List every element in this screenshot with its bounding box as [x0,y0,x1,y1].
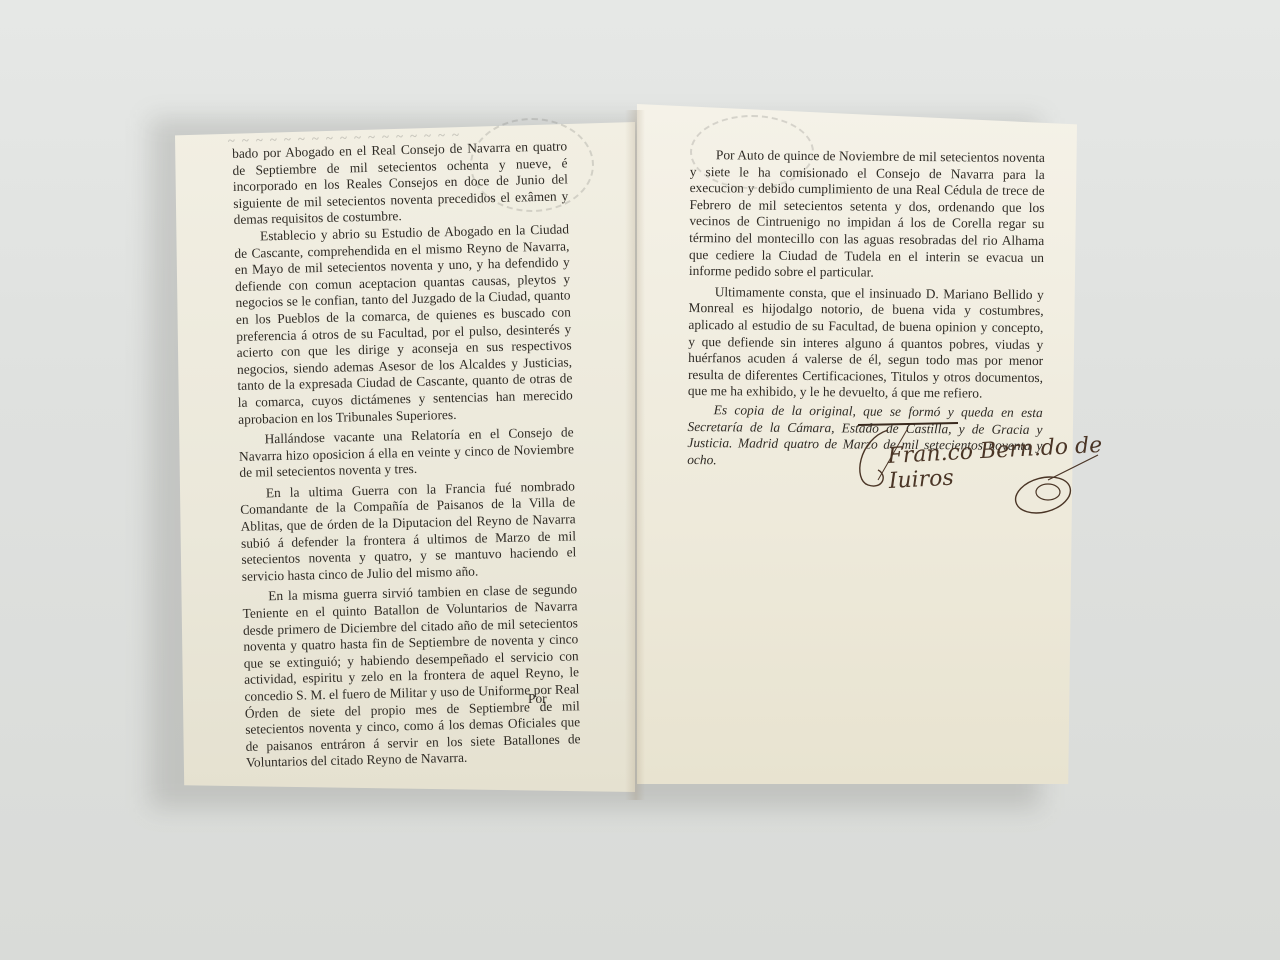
paragraph: Establecio y abrio su Estudio de Abogado… [234,221,573,428]
paragraph: En la misma guerra sirvió tambien en cla… [242,582,581,772]
paragraph: bado por Abogado en el Real Consejo de N… [232,138,569,229]
paragraph: Hallándose vacante una Relatoría en el C… [238,424,574,481]
left-page-body: bado por Abogado en el Real Consejo de N… [232,138,581,771]
center-fold [625,110,645,800]
handwritten-signature: Fran.co Bern.do de Iuiros [848,420,1118,530]
paragraph: En la ultima Guerra con la Francia fué n… [240,478,577,585]
paragraph: Ultimamente consta, que el insinuado D. … [688,284,1044,403]
paragraph: Por Auto de quince de Noviembre de mil s… [689,147,1045,283]
catchword: Por [528,691,547,707]
